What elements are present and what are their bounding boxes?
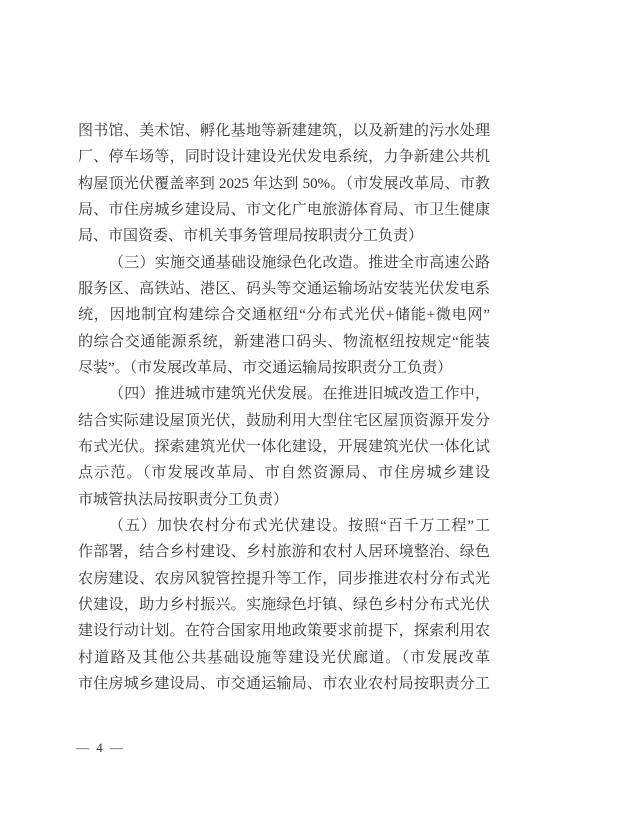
text-line: 伏建设，助力乡村振兴。实施绿色圩镇、绿色乡村分布式光伏 — [78, 592, 490, 618]
text-line: 建设行动计划。在符合国家用地政策要求前提下，探索利用农 — [78, 618, 490, 644]
continuation-paragraph: 图书馆、美术馆、孵化基地等新建建筑，以及新建的污水处理厂、停车场等，同时设计建设… — [78, 118, 490, 250]
text-line: （四）推进城市建筑光伏发展。在推进旧城改造工作中， — [78, 381, 490, 407]
text-line: 统，因地制宜构建综合交通枢纽“分布式光伏+储能+微电网” — [78, 302, 490, 328]
text-line: 的综合交通能源系统，新建港口码头、物流枢纽按规定“能装 — [78, 329, 490, 355]
text-line: 布式光伏。探索建筑光伏一体化建设，开展建筑光伏一体化试 — [78, 434, 490, 460]
text-line: 图书馆、美术馆、孵化基地等新建建筑，以及新建的污水处理 — [78, 118, 490, 144]
section-5-paragraph: （五）加快农村分布式光伏建设。按照“百千万工程”工作部署，结合乡村建设、乡村旅游… — [78, 513, 490, 697]
text-line: 结合实际建设屋顶光伏，鼓励利用大型住宅区屋顶资源开发分 — [78, 408, 490, 434]
text-line: 构屋顶光伏覆盖率到 2025 年达到 50%。（市发展改革局、市教育 — [78, 171, 490, 197]
text-line: 服务区、高铁站、港区、码头等交通运输场站安装光伏发电系 — [78, 276, 490, 302]
text-line: 局、市国资委、市机关事务管理局按职责分工负责） — [78, 223, 490, 249]
document-page: 图书馆、美术馆、孵化基地等新建建筑，以及新建的污水处理厂、停车场等，同时设计建设… — [0, 0, 627, 837]
text-line: 农房建设、农房风貌管控提升等工作，同步推进农村分布式光 — [78, 566, 490, 592]
text-line: 局、市住房城乡建设局、市文化广电旅游体育局、市卫生健康 — [78, 197, 490, 223]
section-3-paragraph: （三）实施交通基础设施绿色化改造。推进全市高速公路服务区、高铁站、港区、码头等交… — [78, 250, 490, 382]
document-body: 图书馆、美术馆、孵化基地等新建建筑，以及新建的污水处理厂、停车场等，同时设计建设… — [78, 118, 490, 697]
text-line: 厂、停车场等，同时设计建设光伏发电系统，力争新建公共机 — [78, 144, 490, 170]
text-line: 点示范。（市发展改革局、市自然资源局、市住房城乡建设局、 — [78, 460, 490, 486]
text-line: 市城管执法局按职责分工负责） — [78, 487, 490, 513]
text-line: 村道路及其他公共基础设施等建设光伏廊道。（市发展改革局、 — [78, 645, 490, 671]
text-line: （三）实施交通基础设施绿色化改造。推进全市高速公路 — [78, 250, 490, 276]
text-line: 市住房城乡建设局、市交通运输局、市农业农村局按职责分工 — [78, 671, 490, 697]
text-line: 尽装”。（市发展改革局、市交通运输局按职责分工负责） — [78, 355, 490, 381]
section-4-paragraph: （四）推进城市建筑光伏发展。在推进旧城改造工作中，结合实际建设屋顶光伏，鼓励利用… — [78, 381, 490, 513]
text-line: （五）加快农村分布式光伏建设。按照“百千万工程”工 — [78, 513, 490, 539]
text-line: 作部署，结合乡村建设、乡村旅游和农村人居环境整治、绿色 — [78, 539, 490, 565]
page-number: — 4 — — [76, 739, 124, 757]
